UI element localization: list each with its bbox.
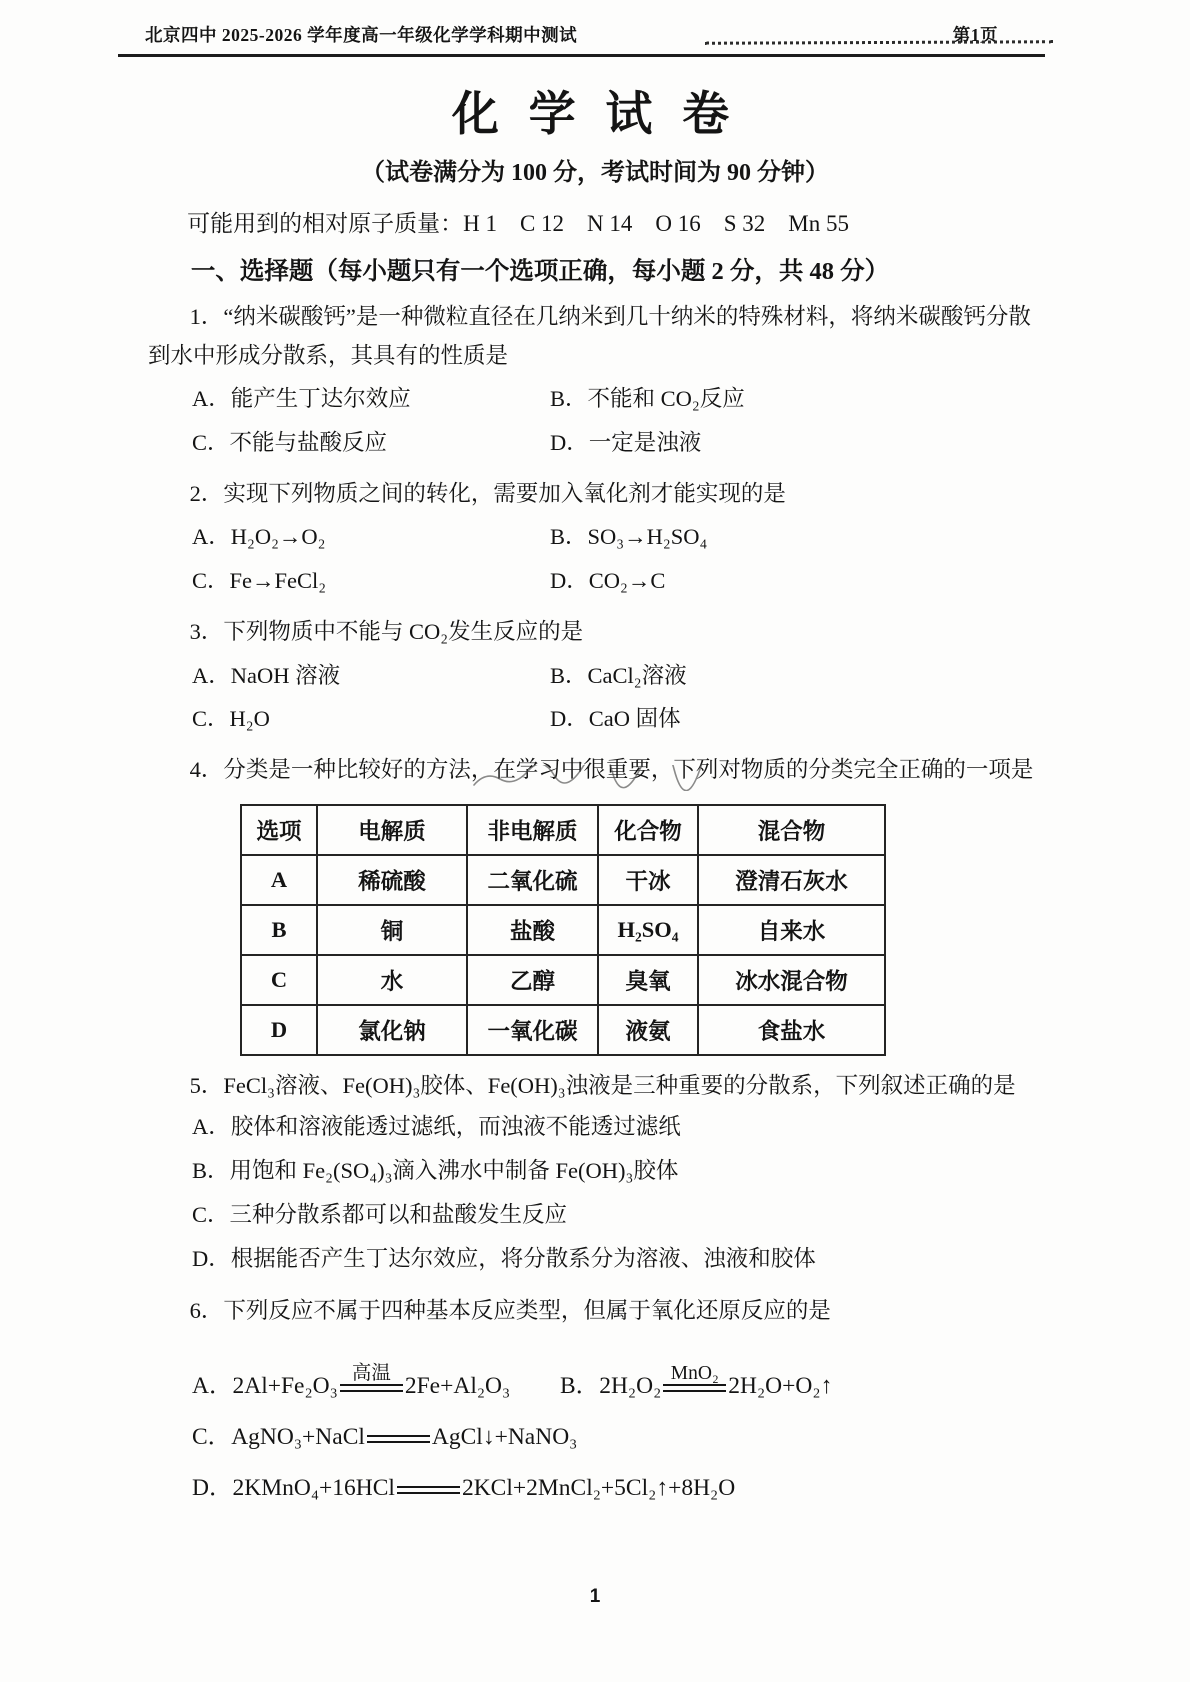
question-4-stem: 4．分类是一种比较好的方法，在学习中很重要，下列对物质的分类完全正确的一项是 bbox=[148, 751, 1048, 790]
table-header-compound: 化合物 bbox=[598, 805, 698, 855]
question-3-option-a: A．NaOH 溶液 bbox=[192, 654, 550, 697]
classification-table: 选项 电解质 非电解质 化合物 混合物 A 稀硫酸 二氧化硫 干冰 澄清石灰水 … bbox=[240, 804, 886, 1056]
option-label: C． bbox=[192, 1424, 231, 1450]
option-label: B． bbox=[560, 1373, 599, 1399]
question-2-options: A．H₂O₂→O₂ B．SO₃→H₂SO₄ C．Fe→FeCl₂ D．CO₂→C bbox=[148, 515, 1048, 601]
reaction-condition-equals: MnO₂ bbox=[663, 1384, 726, 1392]
question-1-option-c: C．不能与盐酸反应 bbox=[192, 421, 550, 464]
table-cell: 水 bbox=[317, 955, 467, 1005]
table-cell: D bbox=[241, 1005, 317, 1055]
table-header-nonelectrolyte: 非电解质 bbox=[467, 805, 598, 855]
table-cell: 氯化钠 bbox=[317, 1005, 467, 1055]
table-cell: 铜 bbox=[317, 905, 467, 955]
page-number: 1 bbox=[590, 1586, 601, 1608]
section-1-heading: 一、选择题（每小题只有一个选项正确，每小题 2 分，共 48 分） bbox=[148, 252, 1048, 287]
equation-left: AgNO₃+NaCl bbox=[231, 1424, 365, 1450]
question-1-option-b: B．不能和 CO₂反应 bbox=[550, 377, 1048, 420]
question-5-option-a: A．胶体和溶液能透过滤纸，而浊液不能透过滤纸 bbox=[148, 1105, 1048, 1149]
equation-right: 2Fe+Al₂O₃ bbox=[405, 1373, 510, 1399]
question-3-stem: 3．下列物质中不能与 CO₂发生反应的是 bbox=[148, 613, 1048, 652]
table-cell: 稀硫酸 bbox=[317, 855, 467, 905]
table-cell: 自来水 bbox=[698, 905, 885, 955]
table-cell: 冰水混合物 bbox=[698, 955, 885, 1005]
header-divider bbox=[118, 54, 1045, 57]
table-cell: 乙醇 bbox=[467, 955, 598, 1005]
table-row: D 氯化钠 一氧化碳 液氨 食盐水 bbox=[241, 1005, 885, 1055]
reaction-condition-equals: 高温 bbox=[340, 1384, 403, 1392]
question-6-option-a: A．2Al+Fe₂O₃高温2Fe+Al₂O₃ bbox=[192, 1366, 560, 1400]
table-header-row: 选项 电解质 非电解质 化合物 混合物 bbox=[241, 805, 885, 855]
table-cell: 盐酸 bbox=[467, 905, 598, 955]
question-5-option-c: C．三种分散系都可以和盐酸发生反应 bbox=[148, 1193, 1048, 1237]
question-3-option-c: C．H₂O bbox=[192, 697, 550, 740]
table-row: A 稀硫酸 二氧化硫 干冰 澄清石灰水 bbox=[241, 855, 885, 905]
table-header-mixture: 混合物 bbox=[698, 805, 885, 855]
handwriting-scribble-artifact bbox=[470, 765, 738, 791]
equation-right: 2H₂O+O₂↑ bbox=[728, 1373, 832, 1399]
equation-right: 2KCl+2MnCl₂+5Cl₂↑+8H₂O bbox=[462, 1475, 735, 1501]
question-6-option-b: B．2H₂O₂MnO₂2H₂O+O₂↑ bbox=[560, 1366, 1048, 1400]
table-row: B 铜 盐酸 H₂SO₄ 自来水 bbox=[241, 905, 885, 955]
question-6-option-c: C．AgNO₃+NaClAgCl↓+NaNO₃ bbox=[148, 1417, 1048, 1451]
question-5-stem: 5．FeCl₃溶液、Fe(OH)₃胶体、Fe(OH)₃浊液是三种重要的分散系，下… bbox=[148, 1067, 1048, 1106]
table-row: C 水 乙醇 臭氧 冰水混合物 bbox=[241, 955, 885, 1005]
table-header-option: 选项 bbox=[241, 805, 317, 855]
table-cell: 澄清石灰水 bbox=[698, 855, 885, 905]
paper-body: 可能用到的相对原子质量：H 1 C 12 N 14 O 16 S 32 Mn 5… bbox=[148, 205, 1048, 1502]
question-5-option-b: B．用饱和 Fe₂(SO₄)₃滴入沸水中制备 Fe(OH)₃胶体 bbox=[148, 1149, 1048, 1193]
table-cell: A bbox=[241, 855, 317, 905]
table-cell: 干冰 bbox=[598, 855, 698, 905]
equation-left: 2Al+Fe₂O₃ bbox=[232, 1373, 337, 1399]
paper-subtitle: （试卷满分为 100 分，考试时间为 90 分钟） bbox=[0, 152, 1190, 187]
table-cell: H₂SO₄ bbox=[598, 905, 698, 955]
table-cell: 二氧化硫 bbox=[467, 855, 598, 905]
exam-paper-page: 北京四中 2025-2026 学年度高一年级化学学科期中测试 第1页 化 学 试… bbox=[0, 0, 1190, 1682]
reaction-equals bbox=[367, 1435, 430, 1443]
table-cell: C bbox=[241, 955, 317, 1005]
question-1-stem: 1．“纳米碳酸钙”是一种微粒直径在几纳米到几十纳米的特殊材料，将纳米碳酸钙分散到… bbox=[148, 298, 1048, 375]
equation-left: 2H₂O₂ bbox=[599, 1373, 661, 1399]
condition-text: MnO₂ bbox=[671, 1364, 719, 1384]
equation-right: AgCl↓+NaNO₃ bbox=[432, 1424, 577, 1450]
question-3-options: A．NaOH 溶液 B．CaCl₂溶液 C．H₂O D．CaO 固体 bbox=[148, 654, 1048, 740]
question-1-option-d: D．一定是浊液 bbox=[550, 421, 1048, 464]
question-1-options: A．能产生丁达尔效应 B．不能和 CO₂反应 C．不能与盐酸反应 D．一定是浊液 bbox=[148, 377, 1048, 463]
question-2-option-d: D．CO₂→C bbox=[550, 559, 1048, 602]
option-label: A． bbox=[192, 1373, 232, 1399]
condition-text: 高温 bbox=[352, 1364, 391, 1384]
question-2-stem: 2．实现下列物质之间的转化，需要加入氧化剂才能实现的是 bbox=[148, 475, 1048, 514]
header-school-title: 北京四中 2025-2026 学年度高一年级化学学科期中测试 bbox=[145, 22, 577, 47]
question-5-option-d: D．根据能否产生丁达尔效应，将分散系分为溶液、浊液和胶体 bbox=[148, 1237, 1048, 1281]
table-cell: B bbox=[241, 905, 317, 955]
table-cell: 食盐水 bbox=[698, 1005, 885, 1055]
question-2-option-c: C．Fe→FeCl₂ bbox=[192, 559, 550, 602]
equation-left: 2KMnO₄+16HCl bbox=[232, 1475, 394, 1501]
double-line-equals bbox=[340, 1384, 403, 1392]
double-line-equals bbox=[663, 1384, 726, 1392]
reaction-equals bbox=[397, 1486, 460, 1494]
question-3-option-d: D．CaO 固体 bbox=[550, 697, 1048, 740]
question-2-option-a: A．H₂O₂→O₂ bbox=[192, 515, 550, 558]
double-line-equals bbox=[367, 1435, 430, 1443]
table-cell: 一氧化碳 bbox=[467, 1005, 598, 1055]
table-cell: 液氨 bbox=[598, 1005, 698, 1055]
question-2-option-b: B．SO₃→H₂SO₄ bbox=[550, 515, 1048, 558]
paper-title: 化 学 试 卷 bbox=[0, 77, 1190, 144]
option-label: D． bbox=[192, 1475, 232, 1501]
double-line-equals bbox=[397, 1486, 460, 1494]
table-cell: 臭氧 bbox=[598, 955, 698, 1005]
table-header-electrolyte: 电解质 bbox=[317, 805, 467, 855]
atomic-mass-line: 可能用到的相对原子质量：H 1 C 12 N 14 O 16 S 32 Mn 5… bbox=[148, 205, 1048, 238]
question-3-option-b: B．CaCl₂溶液 bbox=[550, 654, 1048, 697]
question-1-option-a: A．能产生丁达尔效应 bbox=[192, 377, 550, 420]
question-6-options-ab: A．2Al+Fe₂O₃高温2Fe+Al₂O₃ B．2H₂O₂MnO₂2H₂O+O… bbox=[148, 1366, 1048, 1400]
question-6-option-d: D．2KMnO₄+16HCl2KCl+2MnCl₂+5Cl₂↑+8H₂O bbox=[148, 1468, 1048, 1502]
question-6-stem: 6．下列反应不属于四种基本反应类型，但属于氧化还原反应的是 bbox=[148, 1292, 1048, 1331]
